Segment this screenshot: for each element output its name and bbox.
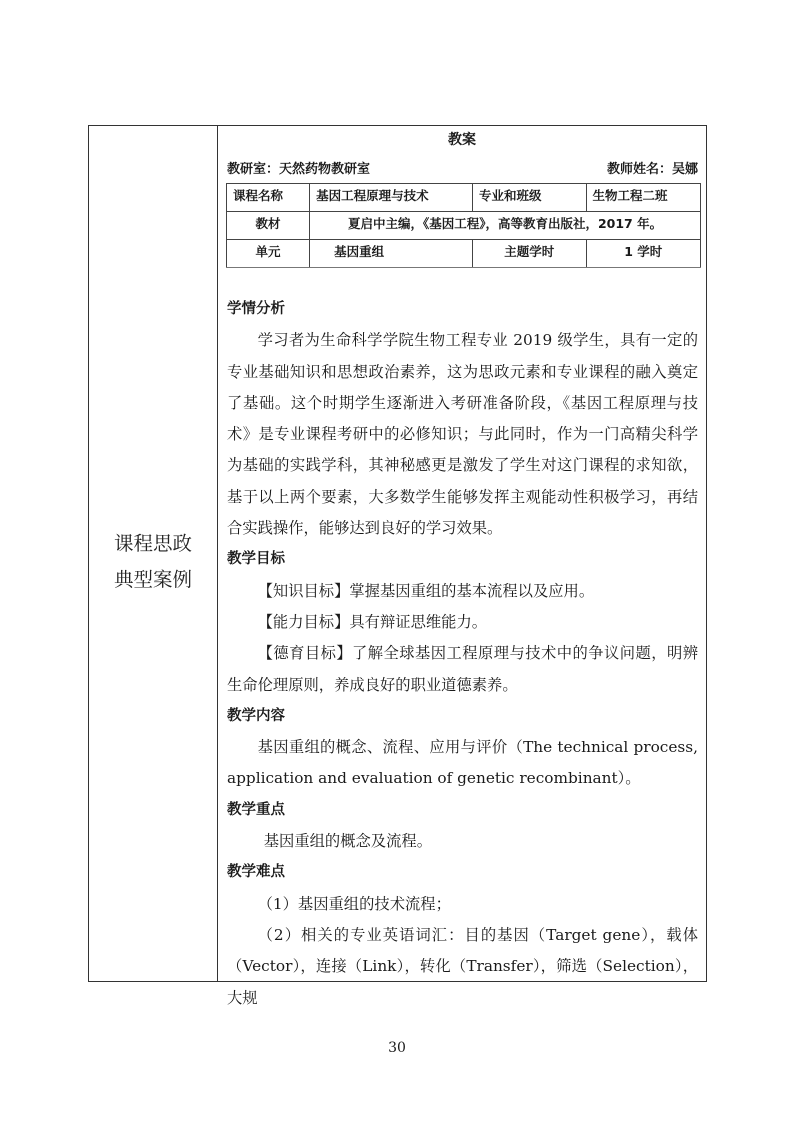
lesson-plan-table: 课程思政 典型案例 教案 教研室：天然药物教研室 教师姓名：吴娜 课程名称 基因… <box>88 125 707 982</box>
lesson-plan-body: 教案 教研室：天然药物教研室 教师姓名：吴娜 课程名称 基因工程原理与技术 专业… <box>218 126 706 981</box>
table-row: 单元 基因重组 主题学时 1 学时 <box>227 240 701 268</box>
major-class-label: 专业和班级 <box>472 184 586 212</box>
meta-row: 教研室：天然药物教研室 教师姓名：吴娜 <box>227 158 698 177</box>
textbook-value: 夏启中主编，《基因工程》，高等教育出版社，2017 年。 <box>310 212 701 240</box>
ability-goal: 【能力目标】具有辩证思维能力。 <box>227 607 698 638</box>
hours-value: 1 学时 <box>586 240 701 268</box>
case-category-label: 课程思政 典型案例 <box>89 526 217 598</box>
moral-goal: 【德育目标】了解全球基因工程原理与技术中的争议问题，明辨生命伦理原则，养成良好的… <box>227 638 698 701</box>
key-points-heading: 教学重点 <box>227 795 698 826</box>
content-heading: 教学内容 <box>227 701 698 732</box>
case-label-line1: 课程思政 <box>89 526 217 562</box>
table-row: 教材 夏启中主编，《基因工程》，高等教育出版社，2017 年。 <box>227 212 701 240</box>
difficulty-item-2: （2）相关的专业英语词汇：目的基因（Target gene），载体（Vector… <box>227 920 698 1014</box>
analysis-heading: 学情分析 <box>227 294 698 325</box>
hours-label: 主题学时 <box>472 240 586 268</box>
lesson-content: 学情分析 学习者为生命科学学院生物工程专业 2019 级学生，具有一定的专业基础… <box>227 294 698 1014</box>
case-label-line2: 典型案例 <box>89 562 217 598</box>
key-points-text: 基因重组的概念及流程。 <box>227 826 698 857</box>
content-text: 基因重组的概念、流程、应用与评价（The technical process, … <box>227 732 698 795</box>
document-title: 教案 <box>218 129 706 149</box>
page-number: 30 <box>0 1040 794 1056</box>
department-label: 教研室：天然药物教研室 <box>227 158 370 177</box>
major-class-value: 生物工程二班 <box>586 184 701 212</box>
course-info-table: 课程名称 基因工程原理与技术 专业和班级 生物工程二班 教材 夏启中主编，《基因… <box>226 183 701 268</box>
analysis-text: 学习者为生命科学学院生物工程专业 2019 级学生，具有一定的专业基础知识和思想… <box>227 325 698 544</box>
goals-heading: 教学目标 <box>227 544 698 575</box>
knowledge-goal: 【知识目标】掌握基因重组的基本流程以及应用。 <box>227 576 698 607</box>
teacher-label: 教师姓名：吴娜 <box>607 158 698 177</box>
difficulty-item-1: （1）基因重组的技术流程； <box>227 889 698 920</box>
course-name-value: 基因工程原理与技术 <box>310 184 473 212</box>
table-row: 课程名称 基因工程原理与技术 专业和班级 生物工程二班 <box>227 184 701 212</box>
course-name-label: 课程名称 <box>227 184 310 212</box>
unit-value: 基因重组 <box>310 240 473 268</box>
textbook-label: 教材 <box>227 212 310 240</box>
unit-label: 单元 <box>227 240 310 268</box>
difficulties-heading: 教学难点 <box>227 857 698 888</box>
